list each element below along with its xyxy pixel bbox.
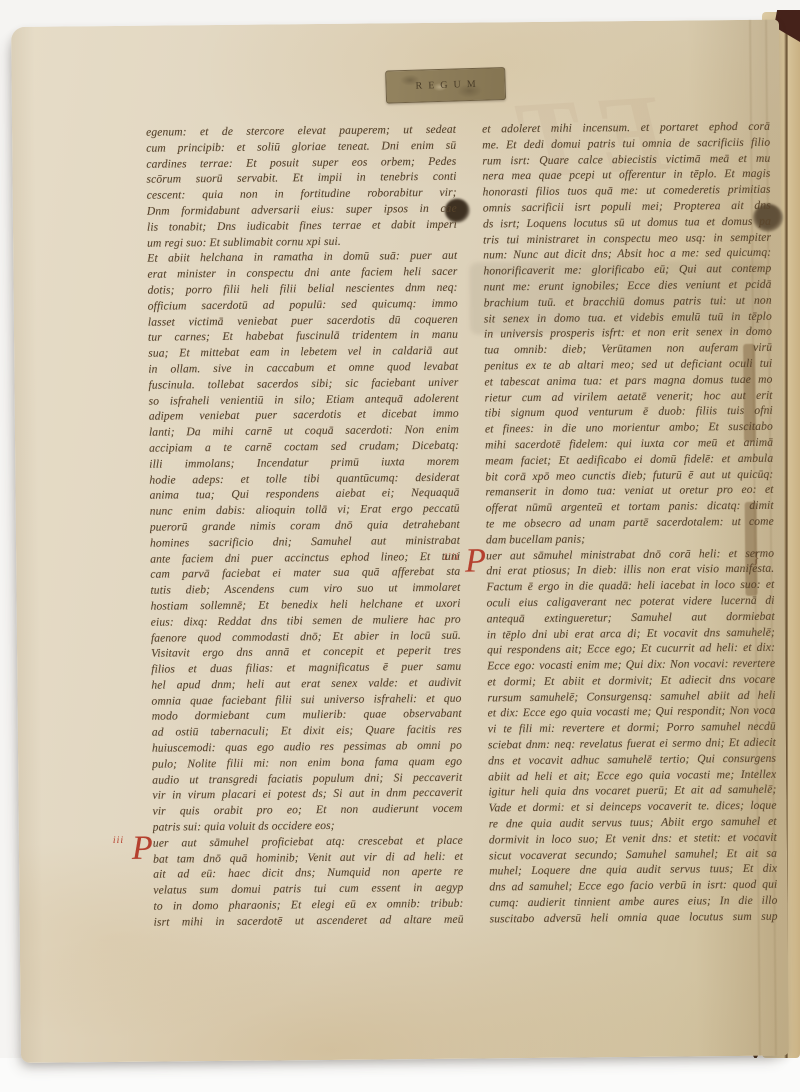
manuscript-photo: ET REGUM iii iiii } egenum: et de sterco… <box>0 0 800 1092</box>
text-column-left: egenum: et de stercore elevat pauperem; … <box>146 123 464 932</box>
text-line: suscitabo adversū heli omnia quae locutu… <box>490 909 778 928</box>
chapter-numeral-left: iii <box>113 836 124 846</box>
rubric-initial: P <box>465 545 486 577</box>
text-column-right: et adoleret mihi incensum. et portaret e… <box>482 120 778 928</box>
text-line: isrt mihi in sacerdotē ut ascenderet ad … <box>154 913 464 932</box>
index-tab: REGUM <box>385 67 506 104</box>
background <box>0 1058 800 1092</box>
parchment-page: ET REGUM iii iiii } egenum: et de sterco… <box>11 20 789 1063</box>
rubric-initial: P <box>132 833 153 865</box>
index-tab-label: REGUM <box>409 79 481 92</box>
